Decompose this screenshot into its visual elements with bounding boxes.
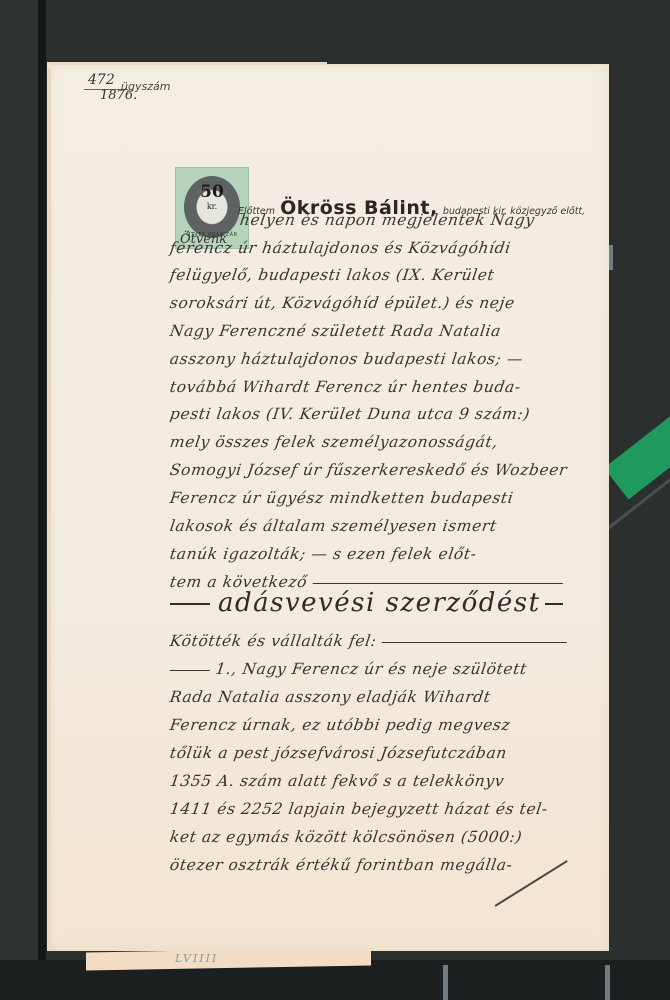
clause-intro: Kötötték és vállalták fel: bbox=[169, 632, 569, 650]
contract-title: adásvevési szerződést bbox=[170, 588, 590, 618]
body-line: helyen és napon megjelentek Nagy bbox=[239, 211, 536, 229]
body-line: mely összes felek személyazonosságát, bbox=[169, 433, 499, 451]
bleed-through-text bbox=[90, 455, 94, 471]
body-line: tanúk igazolták; — s ezen felek előt- bbox=[169, 545, 478, 563]
body-line: Somogyi József úr fűszerkereskedő és Woz… bbox=[169, 461, 569, 479]
clause-line-text: 1., Nagy Ferencz úr és neje szülötett bbox=[214, 660, 528, 678]
clause-line: 1., Nagy Ferencz úr és neje szülötett bbox=[169, 660, 528, 678]
page-edge-rail-bottom-right bbox=[605, 965, 610, 1000]
clause-line: 1411 és 2252 lapjain bejegyzett házat és… bbox=[169, 800, 549, 818]
body-line: felügyelő, budapesti lakos (IX. Kerület bbox=[169, 266, 496, 284]
clause-line: 1355 A. szám alatt fekvő s a telekkönyv bbox=[169, 772, 506, 790]
clause-intro-text: Kötötték és vállalták fel: bbox=[169, 632, 378, 650]
body-line: soroksári út, Közvágóhíd épület.) és nej… bbox=[169, 294, 516, 312]
body-line: ferencz úr háztulajdonos és Közvágóhídi bbox=[169, 239, 512, 257]
clause-line: Ferencz úrnak, ez utóbbi pedig megvesz bbox=[169, 716, 512, 734]
page-edge-rail-bottom bbox=[443, 965, 448, 1000]
contract-title-text: adásvevési szerződést bbox=[218, 588, 541, 618]
clause-line: tőlük a pest józsefvárosi Józsefutczában bbox=[169, 744, 508, 762]
fill-rule bbox=[382, 642, 567, 643]
title-rule-right bbox=[545, 603, 563, 605]
clause-line: ötezer osztrák értékű forintban megálla- bbox=[169, 856, 514, 874]
fill-rule bbox=[170, 670, 210, 671]
underlying-sheet-text: LVIIII bbox=[175, 952, 218, 965]
case-number-value: 472 bbox=[88, 72, 115, 88]
body-line: lakosok és általam személyesen ismert bbox=[169, 517, 498, 535]
body-line: Nagy Ferenczné született Rada Natalia bbox=[169, 322, 503, 340]
clause-line: Rada Natalia asszony eladják Wihardt bbox=[169, 688, 492, 706]
scan-backdrop-left bbox=[0, 0, 42, 1000]
case-number-label: ügyszám bbox=[121, 80, 170, 93]
fill-rule bbox=[312, 583, 562, 584]
body-line: pesti lakos (IV. Kerület Duna utca 9 szá… bbox=[169, 405, 532, 423]
clause-line: ket az egymás között kölcsönösen (5000:) bbox=[169, 828, 524, 846]
body-line: továbbá Wihardt Ferencz úr hentes buda- bbox=[169, 378, 522, 396]
page-left-edge bbox=[47, 68, 51, 948]
binding-edge bbox=[38, 0, 46, 1000]
body-line: Ferencz úr ügyész mindketten budapesti bbox=[169, 489, 515, 507]
title-rule-left bbox=[170, 603, 210, 605]
page-edge-rail bbox=[609, 245, 613, 270]
body-line: asszony háztulajdonos budapesti lakos; — bbox=[169, 350, 525, 368]
